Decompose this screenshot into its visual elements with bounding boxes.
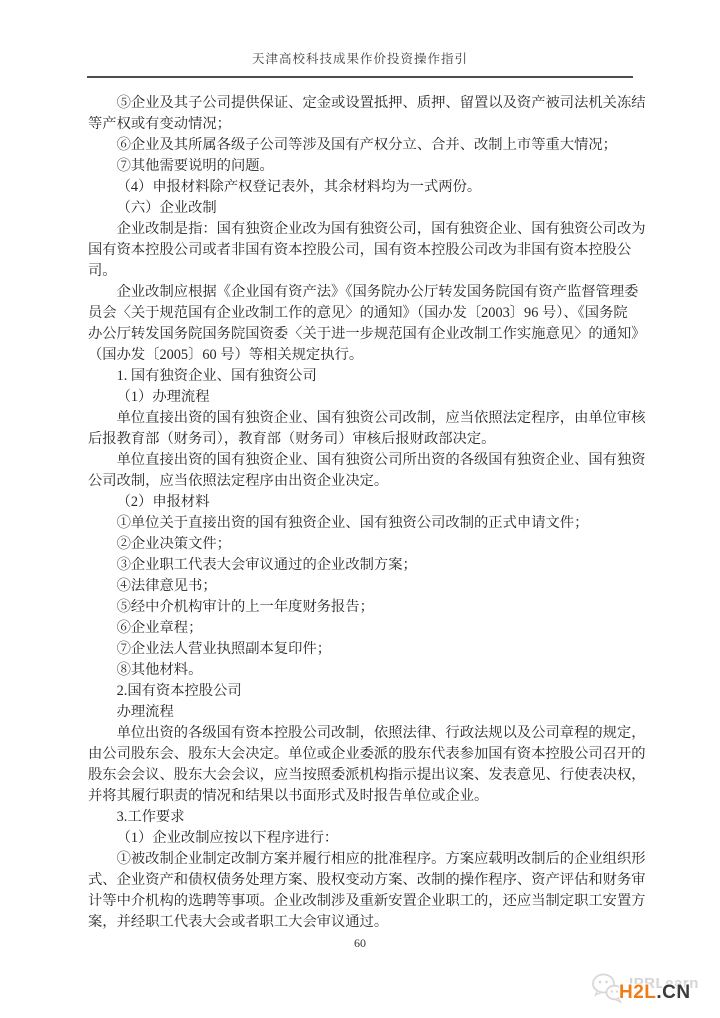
document-line: ①被改制企业制定改制方案并履行相应的批准程序。方案应载明改制后的企业组织形 (88, 849, 636, 870)
document-page: 天津高校科技成果作价投资操作指引 ⑤企业及其子公司提供保证、定金或设置抵押、质押… (0, 0, 720, 1018)
document-line: ⑤企业及其子公司提供保证、定金或设置抵押、质押、留置以及资产被司法机关冻结 (88, 93, 636, 114)
document-line: ⑦其他需要说明的问题。 (88, 156, 636, 177)
document-line: 单位出资的各级国有资本控股公司改制，依照法律、行政法规以及公司章程的规定， (88, 723, 636, 744)
document-line: 公司改制，应当依照法定程序由出资企业决定。 (88, 471, 636, 492)
document-line: （国办发〔2005〕60 号）等相关规定执行。 (88, 345, 636, 366)
document-line: 股东会会议、股东大会会议，应当按照委派机构指示提出议案、发表意见、行使表决权， (88, 765, 636, 786)
document-line: ⑥企业章程； (88, 618, 636, 639)
document-line: 式、企业资产和债权债务处理方案、股权变动方案、改制的操作程序、资产评估和财务审 (88, 870, 636, 891)
page-number: 60 (0, 936, 720, 951)
document-line: 2.国有资本控股公司 (88, 681, 636, 702)
document-line: 国有资本控股公司或者非国有资本控股公司，国有资本控股公司改为非国有资本控股公 (88, 240, 636, 261)
document-line: ⑥企业及其所属各级子公司等涉及国有产权分立、合并、改制上市等重大情况； (88, 135, 636, 156)
document-line: 企业改制是指：国有独资企业改为国有独资公司，国有独资企业、国有独资公司改为 (88, 219, 636, 240)
document-line: 3.工作要求 (88, 807, 636, 828)
document-line: （1）企业改制应按以下程序进行： (88, 828, 636, 849)
document-line: 单位直接出资的国有独资企业、国有独资公司所出资的各级国有独资企业、国有独资 (88, 450, 636, 471)
document-line: ④法律意见书； (88, 576, 636, 597)
document-line: 1. 国有独资企业、国有独资公司 (88, 366, 636, 387)
document-body: ⑤企业及其子公司提供保证、定金或设置抵押、质押、留置以及资产被司法机关冻结 等产… (88, 93, 636, 933)
watermark-brand-suffix: .CN (656, 982, 690, 1003)
watermark-brand-main-group: H2L.CN (619, 982, 691, 1004)
document-line: ②企业决策文件； (88, 534, 636, 555)
document-line: 办理流程 (88, 702, 636, 723)
document-line: ⑤经中介机构审计的上一年度财务报告； (88, 597, 636, 618)
document-line: 员会〈关于规范国有企业改制工作的意见〉的通知》（国办发〔2003〕96 号）、《… (88, 303, 636, 324)
document-line: 单位直接出资的国有独资企业、国有独资公司改制，应当依照法定程序，由单位审核 (88, 408, 636, 429)
document-line: ⑦企业法人营业执照副本复印件； (88, 639, 636, 660)
watermark-brand-main: H2L (619, 982, 656, 1003)
document-line: （2）申报材料 (88, 492, 636, 513)
watermark: IPRLearn H2L.CN (591, 968, 715, 1008)
document-line: （4）申报材料除产权登记表外，其余材料均为一式两份。 (88, 177, 636, 198)
document-line: （六）企业改制 (88, 198, 636, 219)
document-line: 办公厅转发国务院国务院国资委〈关于进一步规范国有企业改制工作实施意见〉的通知》 (88, 324, 636, 345)
document-line: ⑧其他材料。 (88, 660, 636, 681)
document-line: 等产权或有变动情况； (88, 114, 636, 135)
document-line: 案，并经职工代表大会或者职工大会审议通过。 (88, 912, 636, 933)
document-line: 企业改制应根据《企业国有资产法》《国务院办公厅转发国务院国有资产监督管理委 (88, 282, 636, 303)
document-line: 计等中介机构的选聘等事项。企业改制涉及重新安置企业职工的，还应当制定职工安置方 (88, 891, 636, 912)
header-rule (87, 76, 633, 78)
document-line: 司。 (88, 261, 636, 282)
document-line: 并将其履行职责的情况和结果以书面形式及时报告单位或企业。 (88, 786, 636, 807)
document-line: （1）办理流程 (88, 387, 636, 408)
document-line: 由公司股东会、股东大会决定。单位或企业委派的股东代表参加国有资本控股公司召开的 (88, 744, 636, 765)
document-line: ①单位关于直接出资的国有独资企业、国有独资公司改制的正式申请文件； (88, 513, 636, 534)
page-header-title: 天津高校科技成果作价投资操作指引 (0, 49, 720, 67)
document-line: 后报教育部（财务司），教育部（财务司）审核后报财政部决定。 (88, 429, 636, 450)
document-line: ③企业职工代表大会审议通过的企业改制方案； (88, 555, 636, 576)
